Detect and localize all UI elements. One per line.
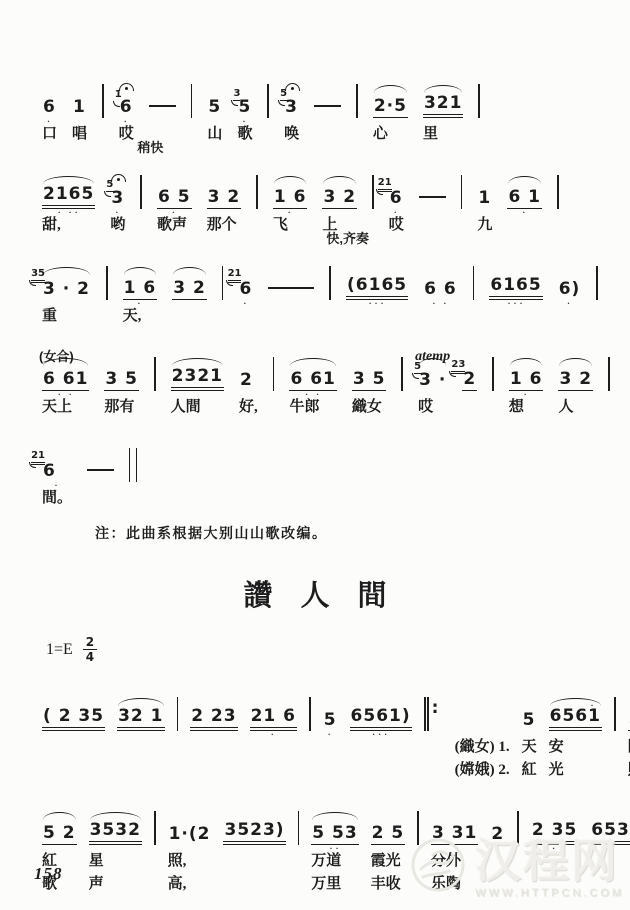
lyric: 照, — [168, 851, 212, 872]
notation-system: 2165· ··甜,53·哟稍快6 5·歌声3 2那个1 6·飞3 2上216·… — [42, 159, 630, 236]
note-cell: 3 5織女 — [352, 341, 387, 418]
barline-cell: 稍快 — [140, 159, 142, 209]
note-stack: 5 53·· — [311, 815, 358, 845]
slur-icon — [90, 812, 141, 820]
note-cell: 3 2 — [172, 250, 207, 300]
octave-dots-below: · — [123, 301, 158, 306]
lyric: 里 — [423, 124, 464, 145]
note-cell: 2·5心 — [373, 68, 408, 145]
notation-row: 6·口1唱16·哎5山35·歌53唤2·5心321里 — [42, 68, 630, 145]
note-stack — [177, 701, 179, 731]
note-stack — [309, 701, 311, 731]
note-cell: 1九 — [477, 159, 492, 236]
octave-dots-below: · — [250, 732, 297, 737]
note-cell: 2好, — [239, 341, 258, 418]
note-cell: 6 1· — [507, 159, 542, 209]
barline-cell — [256, 159, 258, 209]
note-token: 2 — [239, 369, 254, 391]
note-stack: 2 5 — [371, 815, 406, 845]
grace-note: 1 — [115, 89, 122, 101]
note-stack: 53 — [284, 88, 299, 118]
note-token: 3 2 — [558, 368, 593, 391]
barline-cell — [222, 250, 224, 300]
note-token: 3523) — [223, 819, 285, 845]
note-cell: 232 — [462, 341, 477, 391]
note-stack: 16· — [119, 88, 134, 118]
slur-icon — [43, 812, 76, 820]
barline-icon — [102, 84, 104, 118]
note-stack — [140, 179, 142, 209]
note-stack: 6· — [42, 88, 57, 118]
barline-icon — [273, 357, 275, 391]
note-token: 3 5 — [352, 368, 387, 391]
dash-cell — [149, 68, 176, 118]
tempo-mark: 快,齐奏 — [326, 228, 369, 247]
slur-icon — [43, 267, 90, 275]
duration-dash-icon — [149, 105, 176, 107]
meter-denominator: 4 — [86, 650, 94, 663]
note-stack: 2·5 — [373, 88, 408, 118]
barline-cell — [473, 250, 475, 300]
note-stack — [372, 179, 374, 209]
note-stack — [267, 88, 269, 118]
note-stack: 6 1· — [507, 179, 542, 209]
grace-note: 21 — [31, 450, 45, 465]
note-stack — [329, 270, 331, 300]
barline-icon — [309, 697, 311, 731]
note-token: 5 — [207, 96, 222, 118]
notation-row: ( 2 3532 12 2321 6·5·6561)···(織女) 1.(嫦娥)… — [42, 681, 630, 781]
barline-cell — [177, 681, 179, 731]
note-cell: 5· — [323, 681, 338, 731]
note-cell: 6165··· — [489, 250, 542, 300]
note-stack — [268, 270, 314, 300]
note-token: 3 · — [418, 369, 447, 391]
note-stack: 21 6· — [250, 701, 297, 731]
octave-dots-below: ··· — [346, 301, 408, 306]
note-stack — [401, 361, 403, 391]
duration-dash-icon — [87, 469, 114, 471]
note-stack: 1 6· — [509, 361, 544, 391]
note-stack: 1 — [72, 88, 87, 118]
lyric: 天 — [522, 737, 537, 758]
grace-note: 3 — [233, 88, 240, 101]
lyric: 唤 — [284, 124, 299, 145]
octave-dots-below: · — [389, 210, 404, 215]
note-stack — [191, 88, 193, 118]
note-stack: 2165· ·· — [42, 179, 95, 209]
note-stack — [222, 270, 224, 300]
note-stack: 3532 — [89, 815, 142, 845]
grace-note: 5 — [414, 361, 421, 374]
lyric: 人間 — [171, 397, 224, 418]
octave-dots-below: · — [110, 210, 125, 215]
barline-cell — [309, 681, 311, 731]
note-stack: 353 · 2 — [42, 270, 91, 300]
barline-icon — [106, 266, 108, 300]
barline-icon — [298, 811, 300, 845]
note-cell: 3523) — [223, 795, 285, 845]
slur-icon — [124, 267, 157, 275]
page-number: 158 — [34, 864, 63, 884]
barline-cell — [424, 681, 443, 731]
note-cell: 6 5·歌声 — [157, 159, 192, 236]
lyric: 織女 — [352, 397, 387, 418]
key-label: 1=E — [46, 641, 73, 659]
lyric: 安 — [549, 737, 602, 758]
lyric: 霞光 — [371, 851, 406, 872]
note-stack: 5 2 — [42, 815, 77, 845]
note-token: 3 5 — [104, 368, 139, 391]
barline-icon — [222, 266, 224, 300]
note-stack: 6 61· · — [289, 361, 336, 391]
note-stack — [356, 88, 358, 118]
note-cell: 3 2人 — [558, 341, 593, 418]
note-stack — [596, 270, 598, 300]
lyric: 星 — [89, 851, 142, 872]
notation-row: 353 · 2重1 6·天,3 2216·快,齐奏(6165···6 6· ·6… — [42, 250, 630, 327]
octave-dots-below: · — [157, 210, 192, 215]
note-cell: 5天紅 — [522, 681, 537, 781]
note-stack: 3 2 — [558, 361, 593, 391]
note-stack: 2321 — [171, 361, 224, 391]
note-stack — [461, 179, 463, 209]
note-cell: 1 6·想 — [509, 341, 544, 418]
note-stack — [106, 270, 108, 300]
note-cell: 353 · 2重 — [42, 250, 91, 327]
lyric: 九 — [477, 215, 492, 236]
note-stack: 216· — [238, 270, 253, 300]
dash-cell — [87, 432, 114, 482]
note-stack — [87, 452, 114, 482]
dragon-seal-icon — [407, 835, 469, 902]
note-stack — [256, 179, 258, 209]
note-stack: ( 2 35 — [42, 701, 105, 731]
lyric: 那个 — [207, 215, 242, 236]
note-cell: 35·歌 — [237, 68, 252, 145]
note-stack — [314, 88, 341, 118]
note-cell: 2 5霞光丰收 — [371, 795, 406, 895]
note-stack — [608, 361, 610, 391]
barline-cell — [191, 68, 193, 118]
barline-icon — [267, 84, 269, 118]
slur-icon — [312, 812, 357, 820]
grace-note: 23 — [451, 359, 465, 374]
lyric: 重 — [42, 306, 91, 327]
watermark-site-url: WWW.HTTPCN.COM — [475, 887, 624, 899]
barline-cell — [401, 341, 403, 391]
barline-icon — [557, 175, 559, 209]
note-stack: 1 6· — [123, 270, 158, 300]
note-stack: 53 · — [418, 361, 447, 391]
note-stack — [102, 88, 104, 118]
barline-icon — [492, 357, 494, 391]
notation-system: (女合)6 61· ·天上3 5那有2321人間2好,6 61· ·牛郎3 5織… — [42, 341, 630, 418]
barline-icon — [154, 811, 156, 845]
note-token: 2321 — [171, 365, 224, 391]
barline-cell — [102, 68, 104, 118]
note-token: 2 23 — [190, 705, 237, 731]
note-cell: 216·間。 — [42, 432, 72, 509]
lyric: 好, — [239, 397, 258, 418]
note-token: 6561 — [549, 705, 602, 731]
grace-note: 35 — [31, 268, 45, 283]
note-stack: 216· — [42, 452, 72, 482]
octave-dots-below: · — [238, 301, 253, 306]
barline-icon — [329, 266, 331, 300]
note-stack: 32 1 — [117, 701, 164, 731]
barline-cell — [154, 795, 156, 845]
octave-dots-below: · — [509, 392, 544, 397]
note-cell: 21 6· — [250, 681, 297, 731]
note-stack: 3523) — [223, 815, 285, 845]
barline-cell — [106, 250, 108, 300]
note-stack: 3 5 — [352, 361, 387, 391]
note-token: 321 — [423, 92, 464, 118]
note-cell: atemp53 ·哎 — [418, 341, 447, 418]
barline-cell — [478, 68, 480, 118]
note-cell: 1·(2照,高, — [168, 795, 212, 895]
note-stack: 321 — [423, 88, 464, 118]
slur-icon — [290, 358, 335, 366]
barline-cell — [372, 159, 374, 209]
watermark-site-name: 汉程网 — [475, 836, 619, 887]
octave-dots-below: · ·· — [42, 210, 95, 215]
barline-icon — [177, 697, 179, 731]
note-stack — [455, 701, 510, 731]
octave-dot-above: · — [590, 702, 594, 708]
barline-cell — [356, 68, 358, 118]
note-stack: 6 5· — [157, 179, 192, 209]
note-stack — [473, 270, 475, 300]
octave-dots-below: · · — [423, 301, 458, 306]
note-stack: 1 6· — [273, 179, 308, 209]
barline-cell — [596, 250, 598, 300]
note-stack: 216· — [389, 179, 404, 209]
barline-icon — [461, 175, 463, 209]
barline-cell — [129, 432, 137, 482]
note-stack — [154, 815, 156, 845]
notation-row: (女合)6 61· ·天上3 5那有2321人間2好,6 61· ·牛郎3 5織… — [42, 341, 630, 418]
slur-icon — [274, 176, 307, 184]
note-cell: 6)· — [558, 250, 582, 300]
duration-dash-icon — [268, 287, 314, 289]
octave-dots-below: · — [42, 483, 72, 488]
note-stack: 2 — [239, 361, 258, 391]
lyric: 光 — [549, 760, 602, 781]
lyric-prefix-cell: (織女) 1.(嫦娥) 2. — [455, 681, 510, 781]
slur-icon — [172, 358, 223, 366]
note-token: 1 — [72, 96, 87, 118]
note-token: 3 2 — [172, 277, 207, 300]
time-signature: 2 4 — [83, 636, 97, 663]
notation-system: ( 2 3532 12 2321 6·5·6561)···(織女) 1.(嫦娥)… — [42, 681, 630, 781]
note-stack: 6)· — [558, 270, 582, 300]
slur-icon — [508, 176, 541, 184]
note-stack: 5· — [323, 701, 338, 731]
note-token: 1 — [477, 187, 492, 209]
note-stack — [492, 361, 494, 391]
note-stack: 3 2 — [172, 270, 207, 300]
octave-dots-below: ··· — [350, 732, 412, 737]
note-cell: 3532星声 — [89, 795, 142, 895]
barline-icon — [473, 266, 475, 300]
note-cell: 2 23 — [190, 681, 237, 731]
slur-icon — [559, 358, 592, 366]
lyric: 那有 — [104, 397, 139, 418]
note-stack — [478, 88, 480, 118]
song-title: 讚人間 — [0, 573, 630, 614]
note-cell: (女合)6 61· ·天上 — [42, 341, 89, 418]
notation-row: 216·間。 — [42, 432, 630, 509]
barline-cell — [154, 341, 156, 391]
barline-cell — [614, 681, 616, 731]
note-token: 3 2 — [207, 186, 242, 209]
note-stack — [149, 88, 176, 118]
grace-note: 21 — [228, 268, 242, 283]
note-stack: (6165··· — [346, 270, 408, 300]
lyric: 唱 — [72, 124, 87, 145]
note-stack — [273, 361, 275, 391]
note-token: 3532 — [89, 819, 142, 845]
note-stack: 6561)··· — [350, 701, 412, 731]
note-cell: 6·口 — [42, 68, 57, 145]
note-stack — [298, 815, 300, 845]
grace-note: 5 — [280, 88, 287, 101]
octave-dots-below: · · — [289, 392, 336, 397]
lyric: 紅 — [522, 760, 537, 781]
dash-cell — [419, 159, 446, 209]
barline-icon — [191, 84, 193, 118]
octave-dots-below: ·· — [311, 846, 358, 851]
grace-note: 5 — [106, 179, 113, 192]
note-stack: 1·(2 — [168, 815, 212, 845]
note-token: 3 2 — [322, 186, 357, 209]
octave-dots-below: · — [323, 732, 338, 737]
slur-icon — [43, 358, 88, 366]
note-stack: 2 23 — [190, 701, 237, 731]
note-cell: 3 2上 — [322, 159, 357, 236]
octave-dots-below: · — [42, 119, 57, 124]
note-cell: 6561·安光 — [549, 681, 602, 781]
duration-dash-icon — [314, 105, 341, 107]
note-cell: 53唤 — [284, 68, 299, 145]
watermark-text: 汉程网 WWW.HTTPCN.COM — [475, 839, 624, 899]
lyric: 万里 — [311, 874, 358, 895]
note-token: 3 · 2 — [42, 278, 91, 300]
note-cell: 1唱 — [72, 68, 87, 145]
slur-icon — [173, 267, 206, 275]
song1-notation-systems: 6·口1唱16·哎5山35·歌53唤2·5心321里2165· ··甜,53·哟… — [0, 68, 630, 509]
note-cell: 6 6· · — [423, 250, 458, 300]
lyric: 高, — [168, 874, 212, 895]
note-stack: 3 2 — [207, 179, 242, 209]
note-stack: 6 6· · — [423, 270, 458, 300]
note-cell: 6561)··· — [350, 681, 412, 731]
note-stack — [129, 452, 137, 482]
barline-cell — [461, 159, 463, 209]
note-token: ( 2 35 — [42, 705, 105, 731]
barline-cell — [298, 795, 300, 845]
note-stack: 6 61· · — [42, 361, 89, 391]
note-stack: 6165··· — [489, 270, 542, 300]
octave-dots-below: · — [119, 119, 134, 124]
footnote: 注：此曲系根据大别山山歌改编。 — [95, 523, 630, 543]
grace-note: 21 — [378, 177, 392, 192]
note-stack: 5 — [522, 701, 537, 731]
barline-icon — [614, 697, 616, 731]
key-signature: 1=E 2 4 — [46, 636, 630, 663]
note-cell: 16·哎 — [119, 68, 134, 145]
barline-icon — [140, 175, 142, 209]
barline-icon — [401, 357, 403, 391]
barline-cell — [273, 341, 275, 391]
note-stack — [557, 179, 559, 209]
slur-icon — [374, 85, 407, 93]
note-cell: 3 2那个 — [207, 159, 242, 236]
tempo-mark: 稍快 — [137, 137, 163, 156]
barline-icon — [356, 84, 358, 118]
barline-icon — [478, 84, 480, 118]
note-cell: 32 1 — [117, 681, 164, 731]
octave-dots-below: · — [507, 210, 542, 215]
duration-dash-icon — [419, 196, 446, 198]
slur-icon — [424, 85, 463, 93]
octave-dots-below: · — [558, 301, 582, 306]
note-cell: 216· — [238, 250, 253, 300]
octave-dots-below: ··· — [489, 301, 542, 306]
note-cell: 1 6·天, — [123, 250, 158, 327]
lyric: 人 — [558, 397, 593, 418]
lyric: (織女) 1. — [455, 737, 510, 758]
note-stack: 35· — [237, 88, 252, 118]
lyric: 声 — [89, 874, 142, 895]
lyric: (嫦娥) 2. — [455, 760, 510, 781]
notation-row: 2165· ··甜,53·哟稍快6 5·歌声3 2那个1 6·飞3 2上216·… — [42, 159, 630, 236]
octave-dots-below: · · — [42, 392, 89, 397]
note-stack: 53· — [110, 179, 125, 209]
note-cell: (6165··· — [346, 250, 408, 300]
note-cell: 1 6·飞 — [273, 159, 308, 236]
note-cell: 2165· ··甜, — [42, 159, 95, 236]
slur-icon — [118, 698, 163, 706]
note-cell: 321里 — [423, 68, 464, 145]
dash-cell — [314, 68, 341, 118]
meter-numerator: 2 — [83, 636, 97, 650]
note-cell: 3 5那有 — [104, 341, 139, 418]
sheet-music-page: 6·口1唱16·哎5山35·歌53唤2·5心321里2165· ··甜,53·哟… — [0, 0, 630, 910]
note-stack: 5 — [207, 88, 222, 118]
barline-icon — [608, 357, 610, 391]
barline-cell — [557, 159, 559, 209]
barline-cell — [608, 341, 610, 391]
lyric: 丰收 — [371, 874, 406, 895]
barline-icon — [154, 357, 156, 391]
notation-system: 216·間。 — [42, 432, 630, 509]
note-token: 5 2 — [42, 822, 77, 845]
barline-cell: 快,齐奏 — [329, 250, 331, 300]
note-cell: 6 61· ·牛郎 — [289, 341, 336, 418]
note-stack: 232 — [462, 361, 477, 391]
octave-dots-below: · — [273, 210, 308, 215]
repeat-barline-icon — [424, 697, 443, 731]
note-token: 2 5 — [371, 822, 406, 845]
note-stack — [419, 179, 446, 209]
final-barline-icon — [129, 448, 137, 482]
song-1-section: 6·口1唱16·哎5山35·歌53唤2·5心321里2165· ··甜,53·哟… — [0, 0, 630, 543]
barline-icon — [596, 266, 598, 300]
lyric: 山 — [207, 124, 222, 145]
